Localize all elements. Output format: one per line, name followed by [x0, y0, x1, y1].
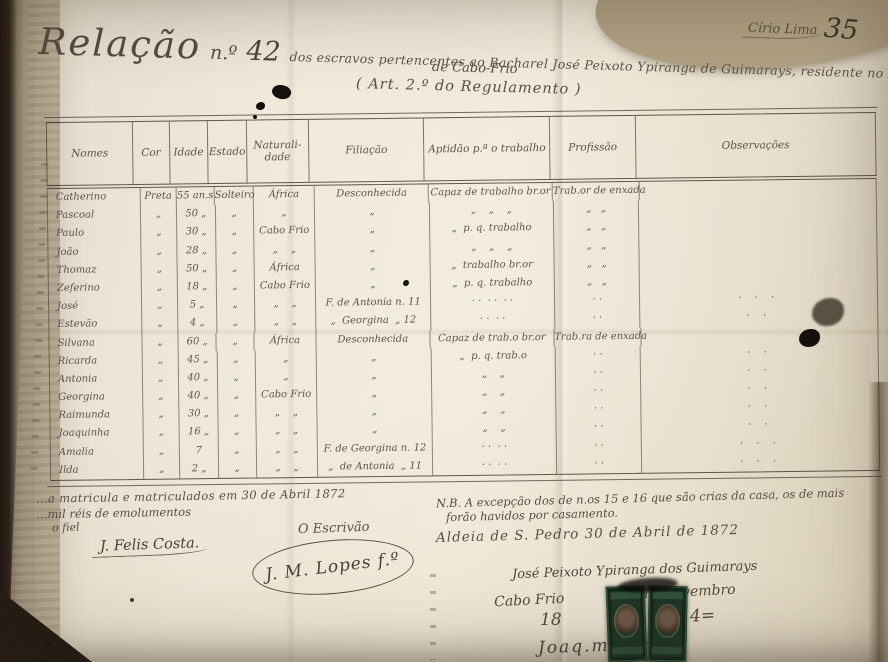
- cell-estado: „: [219, 459, 257, 478]
- cell-aptidao: „ „: [432, 365, 556, 385]
- cell-cor: „: [143, 369, 179, 388]
- cell-estado: „: [218, 441, 256, 460]
- cell-aptidao: „ p. q. trab.o: [431, 347, 555, 367]
- records-table: Nomes Cor Idade Estado Naturali- dade Fi…: [46, 112, 880, 481]
- cell-aptidao: „ „: [432, 383, 556, 403]
- header-cell-profissao: Profissão: [550, 116, 637, 179]
- cell-cor: „: [142, 278, 178, 297]
- header-cell-aptidao: Aptidão p.ª o trabalho: [424, 117, 550, 181]
- cell-estado: „: [216, 259, 254, 278]
- cell-estado: „: [216, 277, 254, 296]
- stamp-banner: [651, 647, 682, 655]
- cell-aptidao: „ p. q. trabalho: [430, 219, 554, 239]
- cell-nome: Silvana: [48, 333, 142, 352]
- cell-aptidao: · · · ·: [433, 456, 557, 476]
- header-cell-nomes: Nomes: [46, 122, 134, 185]
- cell-naturalidade: „ „: [255, 313, 317, 332]
- cell-idade: 18 „: [178, 278, 216, 297]
- title-line-2: de Cabo-Frio: [432, 60, 518, 77]
- cell-profissao: Trab.or de enxada: [553, 182, 640, 201]
- cell-naturalidade: „ „: [256, 422, 318, 441]
- cell-cor: „: [143, 351, 179, 370]
- emperor-portrait-icon: [613, 604, 639, 639]
- emperor-portrait-icon: [655, 604, 681, 638]
- cell-naturalidade: Cabo Frio: [256, 386, 318, 405]
- cell-nome: João: [47, 242, 141, 261]
- cell-idade: 45 „: [179, 351, 217, 370]
- corner-owner-note: Círio Lima: [742, 21, 824, 41]
- cell-profissao: „ „: [555, 255, 640, 274]
- cell-nome: Catherino: [47, 188, 141, 207]
- cell-idade: 50 „: [178, 260, 216, 279]
- header-cell-observacoes: Observações: [636, 113, 877, 178]
- cell-filiacao: „: [317, 384, 432, 404]
- cell-cor: „: [143, 388, 179, 407]
- cell-idade: 16 „: [180, 423, 218, 442]
- cell-profissao: Trab.ra de enxada: [554, 327, 641, 346]
- table-header-row: Nomes Cor Idade Estado Naturali- dade Fi…: [46, 112, 877, 186]
- revenue-stamp-right: [647, 586, 687, 662]
- cell-idade: 40 „: [179, 387, 217, 406]
- cell-aptidao: „ „: [432, 419, 556, 439]
- cell-estado: „: [217, 332, 255, 351]
- cell-cor: „: [144, 424, 180, 443]
- cell-profissao: · ·: [557, 418, 642, 437]
- cell-cor: „: [144, 442, 180, 461]
- cell-naturalidade: „: [256, 368, 318, 387]
- cell-estado: „: [217, 350, 255, 369]
- page-number: 35: [823, 13, 860, 47]
- cell-aptidao: · · · ·: [431, 310, 555, 330]
- cell-aptidao: „ „: [432, 401, 556, 421]
- cell-profissao: · ·: [556, 364, 641, 383]
- stamp-banner: [652, 592, 683, 600]
- cell-naturalidade: África: [254, 259, 316, 278]
- cell-profissao: · ·: [555, 291, 640, 310]
- registration-note-line-3: o fiel: [52, 521, 80, 535]
- cell-nome: José: [48, 297, 142, 316]
- cell-aptidao: „ p. q. trabalho: [431, 274, 555, 294]
- cell-nome: Raimunda: [49, 406, 143, 425]
- ink-blot: [253, 115, 257, 119]
- cell-filiacao: „: [316, 239, 431, 259]
- registration-note-line-2: …mil réis de emolumentos: [36, 505, 191, 522]
- cell-naturalidade: África: [255, 331, 317, 350]
- cell-naturalidade: „ „: [257, 459, 319, 478]
- cell-estado: „: [215, 205, 253, 224]
- cell-profissao: · ·: [557, 455, 642, 474]
- cell-aptidao: „ trabalho br.or: [430, 256, 554, 276]
- cell-aptidao: · · · · · ·: [431, 292, 555, 312]
- cell-naturalidade: „ „: [256, 404, 318, 423]
- cell-naturalidade: „ „: [255, 295, 317, 314]
- cell-cor: Preta: [140, 187, 176, 206]
- cell-idade: 2 „: [180, 460, 218, 479]
- cell-estado: „: [217, 368, 255, 387]
- cell-nome: Zeferino: [48, 279, 142, 298]
- cell-profissao: „ „: [555, 273, 640, 292]
- cell-nome: Paulo: [47, 224, 141, 243]
- cell-cor: „: [143, 406, 179, 425]
- record-number: 42: [246, 36, 281, 68]
- cell-nome: Ricarda: [49, 352, 143, 371]
- cell-cor: „: [141, 206, 177, 225]
- cell-filiacao: „: [317, 348, 432, 368]
- cell-nome: Ilda: [50, 461, 144, 480]
- ink-blot: [130, 598, 134, 602]
- cell-idade: 5 „: [178, 296, 216, 315]
- cell-profissao: „ „: [554, 200, 639, 219]
- cell-profissao: · ·: [555, 309, 640, 328]
- stamp-banner: [612, 646, 643, 654]
- cell-estado: „: [218, 387, 256, 406]
- cell-naturalidade: Cabo Frio: [254, 277, 316, 296]
- cell-filiacao: „: [318, 421, 433, 441]
- cell-profissao: · ·: [557, 436, 642, 455]
- cell-naturalidade: Cabo Frio: [254, 222, 316, 241]
- margin-tick-marks: [430, 560, 436, 660]
- cell-idade: 55 an.s: [177, 187, 215, 206]
- cell-filiacao: Desconhecida: [315, 184, 429, 204]
- cell-aptidao: · · · ·: [433, 437, 557, 457]
- cell-estado: Solteiro: [215, 187, 254, 206]
- cell-nome: Pascoal: [47, 206, 141, 225]
- cell-estado: „: [218, 405, 256, 424]
- year-left-digits: 18: [540, 610, 562, 630]
- cell-idade: 40 „: [179, 369, 217, 388]
- records-table-body: Catherino Preta 55 an.s Solteiro África …: [47, 178, 881, 481]
- cell-filiacao: „: [315, 221, 430, 241]
- cell-naturalidade: „ „: [256, 440, 318, 459]
- cell-observacoes: · · ·: [642, 452, 880, 473]
- cell-idade: 28 „: [178, 242, 216, 261]
- cell-filiacao: „: [317, 366, 432, 386]
- cell-profissao: „ „: [554, 236, 639, 255]
- cell-cor: „: [141, 224, 177, 243]
- cell-filiacao: „ de Antonia „ 11: [318, 457, 433, 477]
- cell-cor: „: [142, 333, 178, 352]
- year-right-digits: 4=: [689, 605, 715, 626]
- cell-filiacao: „: [318, 403, 433, 423]
- cell-idade: 60 „: [178, 333, 216, 352]
- stamp-banner: [610, 591, 641, 599]
- header-cell-naturalidade: Naturali- dade: [246, 120, 309, 183]
- cell-nome: Antonia: [49, 370, 143, 389]
- cell-profissao: · ·: [556, 400, 641, 419]
- cell-idade: 30 „: [177, 223, 215, 242]
- escrivao-label: O Escrivão: [298, 520, 370, 537]
- header-cell-cor: Cor: [133, 122, 170, 184]
- cell-estado: „: [218, 423, 256, 442]
- cell-filiacao: „: [315, 203, 430, 223]
- cell-naturalidade: „: [255, 349, 317, 368]
- cell-aptidao: „ „ „: [430, 237, 554, 257]
- title-number-label: n.º: [210, 42, 238, 65]
- cell-filiacao: F. de Antonia n. 11: [316, 294, 431, 314]
- cell-filiacao: „: [316, 257, 431, 277]
- cell-estado: „: [217, 314, 255, 333]
- cell-estado: „: [216, 223, 254, 242]
- title-relacao-word: Relação: [38, 20, 202, 68]
- cell-cor: „: [142, 260, 178, 279]
- cell-nome: Estevão: [48, 315, 142, 334]
- cell-profissao: · ·: [556, 382, 641, 401]
- cell-cor: „: [142, 297, 178, 316]
- cell-cor: „: [144, 460, 180, 479]
- photographed-manuscript: Relação n.º 42 dos escravos pertencentes…: [0, 0, 888, 662]
- cell-aptidao: Capaz de trab.o br.or: [430, 328, 554, 348]
- cell-filiacao: „: [316, 275, 431, 295]
- cell-nome: Amalia: [50, 443, 144, 462]
- header-cell-idade: Idade: [169, 121, 208, 183]
- header-cell-filiacao: Filiação: [309, 118, 425, 181]
- header-cell-estado: Estado: [208, 121, 247, 183]
- cell-idade: 30 „: [180, 405, 218, 424]
- cell-naturalidade: África: [254, 186, 316, 205]
- cell-cor: „: [142, 315, 178, 334]
- cell-idade: 50 „: [177, 205, 215, 224]
- cell-profissao: · ·: [556, 346, 641, 365]
- cell-profissao: „ „: [554, 218, 639, 237]
- cell-filiacao: Desconhecida: [316, 330, 430, 350]
- cell-naturalidade: „: [254, 204, 316, 223]
- cell-cor: „: [141, 242, 177, 261]
- cell-nome: Joaquinha: [50, 424, 144, 443]
- cell-filiacao: F. de Georgina n. 12: [318, 439, 433, 459]
- cell-estado: „: [216, 241, 254, 260]
- escrivao-signature-text: J. M. Lopes f.º: [265, 549, 402, 585]
- cell-nome: Georgina: [49, 388, 143, 407]
- cell-naturalidade: „ „: [254, 240, 316, 259]
- cell-nome: Thomaz: [48, 261, 142, 280]
- cell-idade: 4 „: [179, 314, 217, 333]
- cell-aptidao: „ „ „: [430, 201, 554, 221]
- revenue-stamp-left: [606, 585, 648, 662]
- cell-idade: 7: [180, 442, 218, 461]
- cell-filiacao: „ Georgina „ 12: [317, 312, 432, 332]
- cell-estado: „: [217, 296, 255, 315]
- cell-aptidao: Capaz de trabalho br.or: [429, 183, 553, 203]
